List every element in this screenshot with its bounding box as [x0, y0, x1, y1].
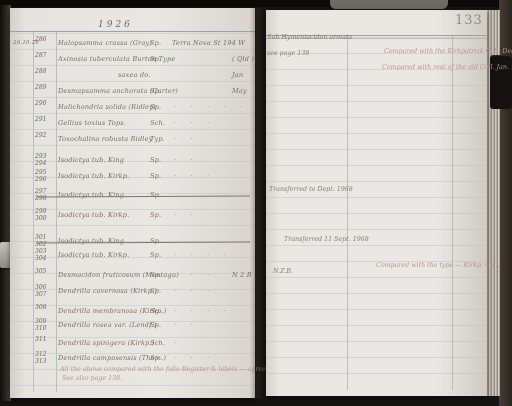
- ditto-dots: · · ·: [174, 355, 209, 362]
- ditto-dots: · ·: [174, 212, 193, 219]
- ledger-row: 291 Gellius toxius Tops. Sch. · · ·: [10, 116, 255, 131]
- ledger-row: 295296 Isodictya tub. Kirkp. Sp. · · ·: [10, 169, 255, 184]
- entry-name: Dendrilla spinigera (Kirkp.): [58, 340, 154, 347]
- entry-number: 293294: [35, 154, 46, 167]
- entry-type: Sp.: [150, 288, 161, 295]
- entry-type: Sp.: [150, 173, 161, 180]
- entry-name: Isodictya tub. Kirkp.: [58, 173, 129, 180]
- ledger-row: 293294 Isodictya tub. King Sp. · ·: [10, 153, 255, 168]
- ruled-lines: [266, 37, 487, 388]
- entry-type: Sp.: [150, 104, 161, 111]
- ditto-dots: · · · · ·: [174, 104, 242, 111]
- ledger-row: 303304 Isodictya tub. Kirkp. Sp. · · · ·: [10, 248, 255, 263]
- gutter-note: N.Z.B.: [273, 268, 293, 275]
- gutter-note: Transferred 11 Sept. 1968: [284, 236, 369, 243]
- column-rule: [452, 35, 453, 390]
- entry-number: 295296: [35, 170, 46, 183]
- entry-name: Dendrilla rosea var. (Lendf.): [58, 322, 157, 329]
- entry-type: Sp.: [150, 40, 161, 47]
- ledger-row: 289 Desmapsamma anchorata (Carter) Sp. M…: [10, 84, 255, 99]
- entry-number: 306307: [35, 285, 46, 298]
- ditto-dots: · · ·: [174, 173, 209, 180]
- entry-number: 291: [35, 117, 46, 124]
- ledger-row: 301302 Isodictya tub. King Sp.: [10, 234, 255, 249]
- entry-type: Sp.: [150, 252, 161, 259]
- entry-number: 312313: [35, 352, 46, 365]
- entry-type: Sp.: [150, 355, 161, 362]
- ledger-row: 306307 Dendrilla cavernosa (Kirkp.) Sp. …: [10, 284, 255, 299]
- ledger-row: 308 Dendrilla membranosa (Kirkp.) Sp. · …: [10, 304, 255, 319]
- entry-margin-note: May: [232, 88, 247, 95]
- entry-name: Toxochalina robusta Ridley: [58, 136, 153, 143]
- entry-number: 288: [35, 69, 46, 76]
- entry-type: Sp.: [150, 88, 161, 95]
- column-rule: [347, 35, 348, 390]
- ledger-row: 299300 Isodictya tub. Kirkp. Sp. · ·: [10, 208, 255, 223]
- red-annotation: Compared with the Kirkpatrick Coll. Dec.…: [384, 48, 512, 55]
- ditto-dots: · ·: [174, 322, 193, 329]
- ledger-row: 312313 Dendrilla camposensis (Thom.) Sp.…: [10, 351, 255, 366]
- strike-line: [36, 195, 250, 197]
- ditto-dots: · · ·: [174, 272, 209, 279]
- left-page: 1926 26.10.26 286 Halopsamma crassa (Gra…: [10, 8, 255, 398]
- entry-number: 311: [35, 337, 46, 344]
- entry-number: 301302: [35, 235, 46, 248]
- entry-type: Sp.: [150, 322, 161, 329]
- entry-number: 308: [35, 305, 46, 312]
- ditto-dots: · · · ·: [174, 308, 226, 315]
- entry-name: Gellius toxius Tops.: [58, 120, 126, 127]
- ditto-dots: · · ·: [174, 120, 209, 127]
- gutter-note: see page 138: [267, 50, 309, 57]
- red-annotation: Compared with rest of the old Coll. Jan.…: [382, 64, 512, 71]
- backdrop-object: [330, 0, 448, 9]
- entry-type: Sp.: [150, 272, 161, 279]
- right-page: 133 Sub Hymeniacidon armatasee page 138T…: [266, 10, 487, 396]
- ditto-dots: · ·: [174, 157, 193, 164]
- entry-name: Isodictya tub. Kirkp.: [58, 212, 129, 219]
- entry-name: Dendrilla cavernosa (Kirkp.): [58, 288, 157, 295]
- entry-number: 297298: [35, 189, 46, 202]
- red-annotation: Compared with the type — Kirkp. Coll.: [376, 262, 500, 269]
- ledger-row: 288 saxea do. Jan: [10, 68, 255, 83]
- entry-number: 303304: [35, 249, 46, 262]
- entry-number: 299300: [35, 209, 46, 222]
- ledger-row: 311 Dendrilla spinigera (Kirkp.) Sch. ·: [10, 336, 255, 351]
- ditto-dots: ·: [174, 340, 176, 347]
- entry-type: Sp.: [150, 157, 161, 164]
- entry-type: Sp.: [150, 56, 161, 63]
- entry-number: 292: [35, 133, 46, 140]
- entry-name: Isodictya tub. Kirkp.: [58, 252, 129, 259]
- entry-type: Sch.: [150, 340, 165, 347]
- entry-margin-note: N 2 B: [232, 272, 252, 279]
- page-number: 133: [455, 13, 483, 28]
- header-rule: [10, 31, 255, 32]
- year-heading: 1926: [98, 20, 133, 30]
- gutter-note: Sub Hymeniacidon armata: [267, 34, 352, 41]
- entry-type: Sp.: [150, 212, 161, 219]
- entry-name: Halopsamma crassa (Gray): [58, 40, 152, 47]
- ledger-row: 292 Toxochalina robusta Ridley Typ. · ·: [10, 132, 255, 147]
- entry-number: 290: [35, 101, 46, 108]
- entry-station: Terra Nova St 194 W: [172, 40, 245, 47]
- footnote-line: See also page 138.: [62, 375, 122, 382]
- ledger-row: 290 Halichondria solida (Ridley) Sp. · ·…: [10, 100, 255, 115]
- ledger-row: 297298 Isodictya tub. King Sp.: [10, 188, 255, 203]
- strike-line: [36, 241, 250, 243]
- ledger-row: 26.10.26 286 Halopsamma crassa (Gray) Sp…: [10, 36, 255, 51]
- entry-margin-note: Jan: [232, 72, 243, 79]
- ledger-row: 305 Desmacidon fruticosum (Montagu) Sp. …: [10, 268, 255, 283]
- entry-name: saxea do.: [118, 72, 151, 79]
- ledger-row: 309310 Dendrilla rosea var. (Lendf.) Sp.…: [10, 318, 255, 333]
- entry-type: Sch.: [150, 120, 165, 127]
- ledger-photo: { "header": { "year": "1926", "page_numb…: [0, 0, 512, 406]
- entry-type: Sp.: [150, 308, 161, 315]
- entry-name: Isodictya tub. King: [58, 157, 124, 164]
- entry-name: Halichondria solida (Ridley): [58, 104, 156, 111]
- ditto-dots: · · ·: [174, 288, 209, 295]
- ditto-dots: · ·: [174, 136, 193, 143]
- entry-number: 309310: [35, 319, 46, 332]
- ditto-dots: · · · ·: [174, 252, 226, 259]
- entry-number: 286: [35, 37, 46, 44]
- entry-number: 289: [35, 85, 46, 92]
- entry-number: 287: [35, 53, 46, 60]
- gutter-note: Transferred to Dept. 1968: [269, 186, 353, 193]
- ledger-row: 287 Axinosia tuberculata Burton Type Sp.…: [10, 52, 255, 67]
- entry-number: 305: [35, 269, 46, 276]
- entry-type: Typ.: [150, 136, 165, 143]
